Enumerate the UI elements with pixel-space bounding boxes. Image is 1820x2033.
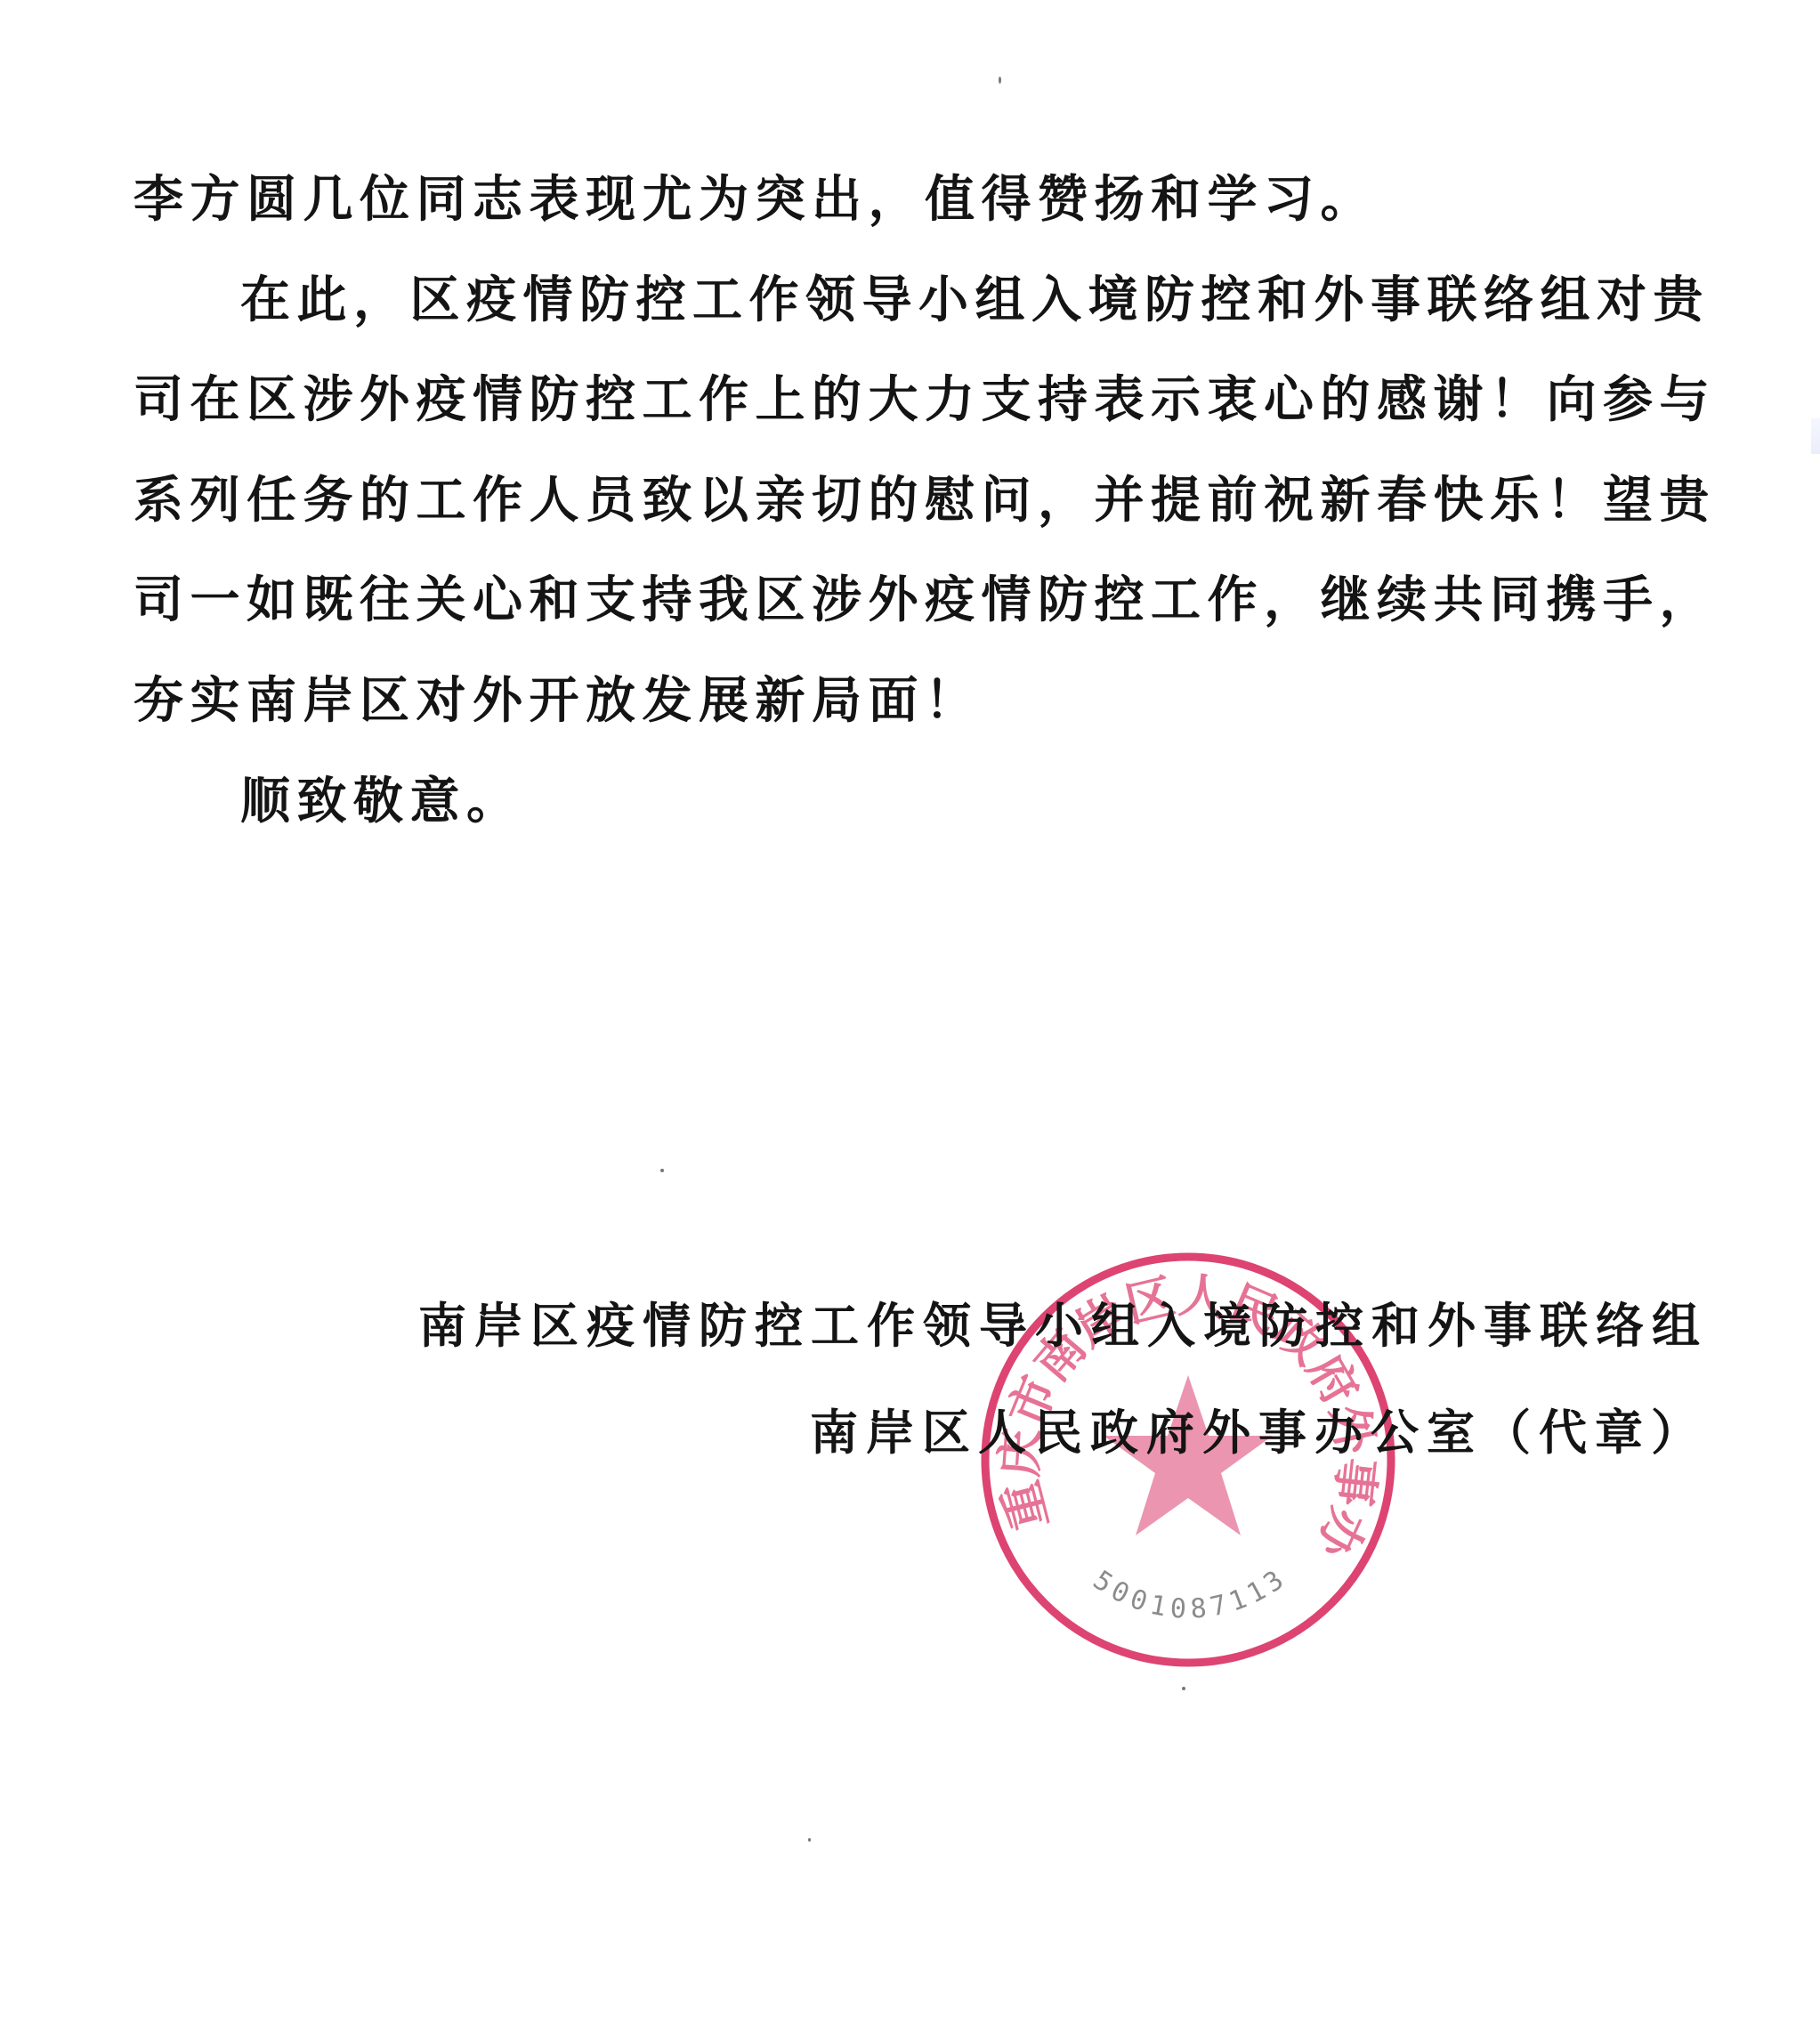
scan-speck — [1182, 1687, 1185, 1690]
body-line-2: 在此，区疫情防控工作领导小组入境防控和外事联络组对贵 — [240, 270, 1710, 332]
closing-line: 顺致敬意。 — [240, 771, 523, 833]
body-line-4: 系列任务的工作人员致以亲切的慰问，并提前祝新春快乐！望贵 — [133, 470, 1716, 532]
scan-speck — [660, 1169, 664, 1172]
scan-speck — [999, 77, 1001, 84]
scan-edge-mark — [1811, 418, 1820, 454]
body-line-6: 夯实南岸区对外开放发展新局面！ — [133, 670, 982, 733]
body-line-1: 李方圆几位同志表现尤为突出，值得赞扬和学习。 — [133, 169, 1377, 231]
seal-code-text: 5001087113 — [1088, 1561, 1294, 1625]
body-line-5: 司一如既往关心和支持我区涉外疫情防控工作，继续共同携手， — [133, 570, 1716, 632]
scan-speck — [808, 1838, 811, 1842]
document-page: 李方圆几位同志表现尤为突出，值得赞扬和学习。 在此，区疫情防控工作领导小组入境防… — [0, 0, 1820, 2033]
signature-line-2: 南岸区人民政府外事办公室（代章） — [810, 1402, 1707, 1464]
body-line-3: 司在区涉外疫情防控工作上的大力支持表示衷心的感谢！向参与 — [133, 369, 1716, 432]
signature-line-1: 南岸区疫情防控工作领导小组入境防控和外事联络组 — [418, 1295, 1708, 1357]
